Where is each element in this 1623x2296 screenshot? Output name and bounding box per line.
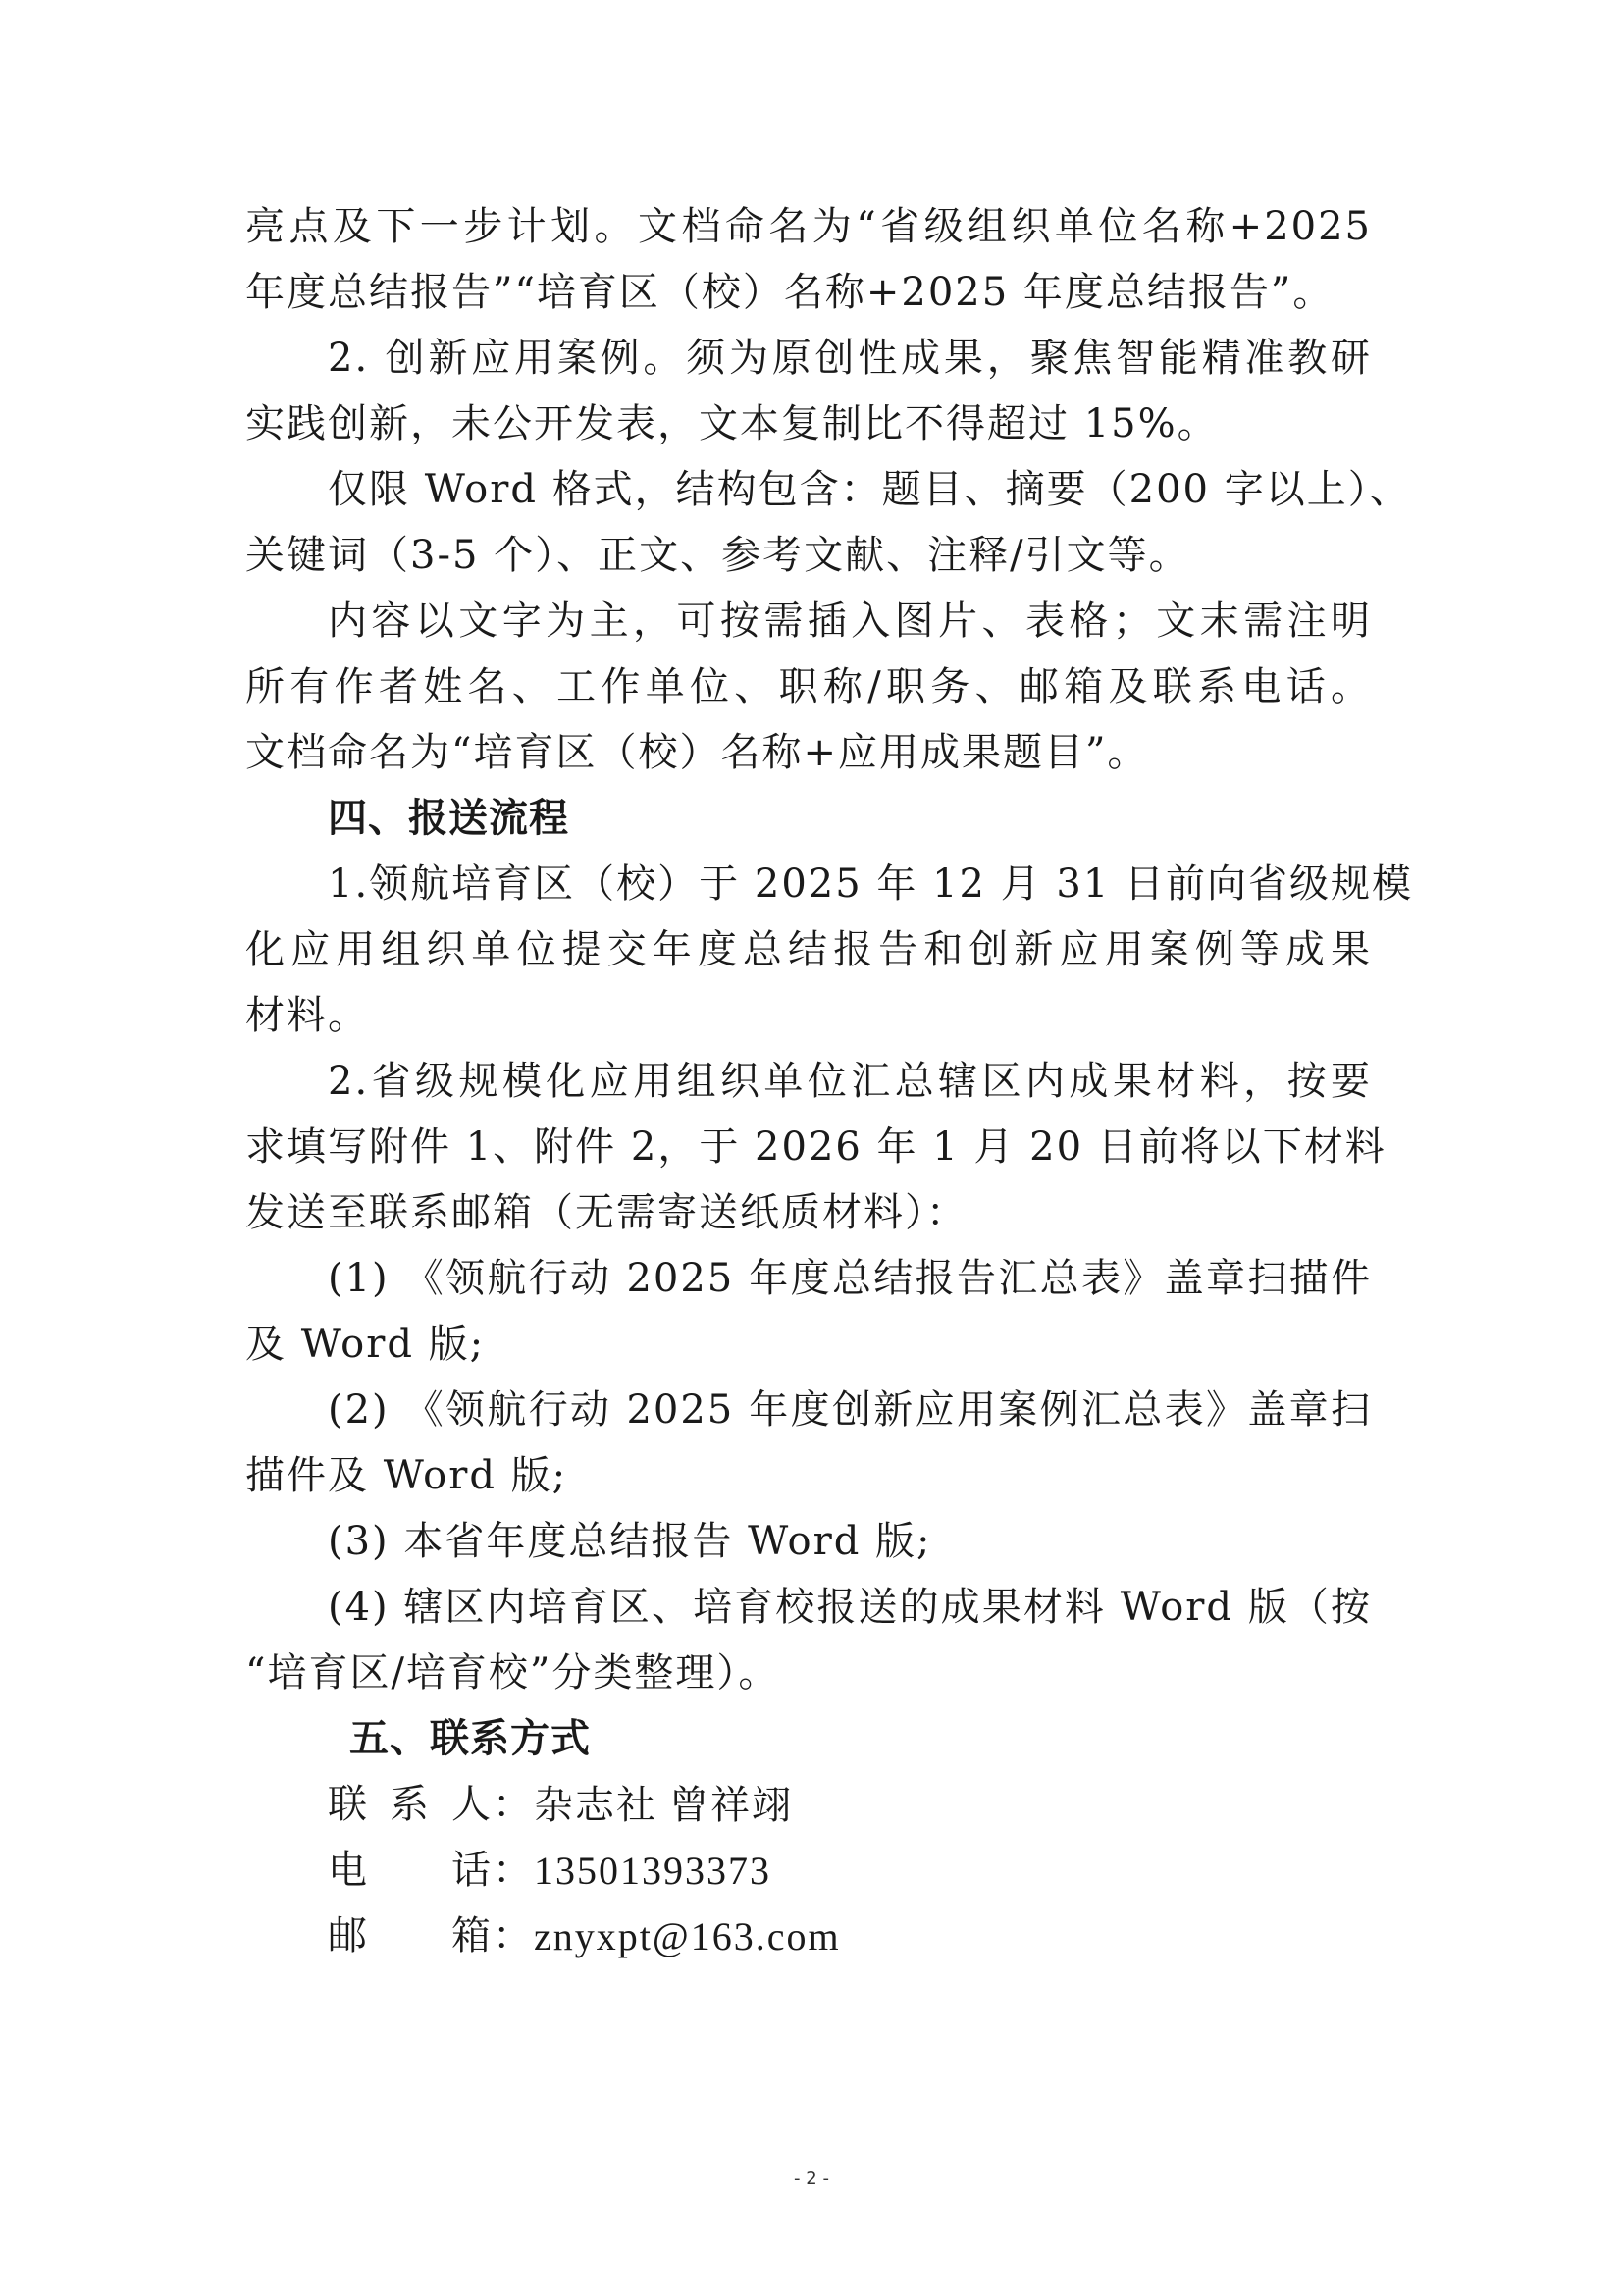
text-line: 实践创新，未公开发表，文本复制比不得超过 15%。 xyxy=(245,391,1372,457)
text-line: 年度总结报告”“培育区（校）名称+2025 年度总结报告”。 xyxy=(245,260,1372,326)
text-line: 化应用组织单位提交年度总结报告和创新应用案例等成果 xyxy=(245,917,1372,983)
text-line: 及 Word 版; xyxy=(245,1312,1372,1378)
colon: ： xyxy=(493,1838,534,1904)
text-line: “培育区/培育校”分类整理）。 xyxy=(245,1641,1372,1706)
phone-value: 13501393373 xyxy=(534,1838,771,1904)
text-line: 内容以文字为主，可按需插入图片、表格；文末需注明 xyxy=(245,589,1372,654)
text-line: 材料。 xyxy=(245,983,1372,1049)
page-number: - 2 - xyxy=(0,2168,1623,2189)
text-line: 2. 创新应用案例。须为原创性成果，聚焦智能精准教研 xyxy=(245,326,1372,391)
text-line: 求填写附件 1、附件 2，于 2026 年 1 月 20 日前将以下材料 xyxy=(245,1115,1372,1180)
contact-person-row: 联系人 ： 杂志社 曾祥翊 xyxy=(245,1772,1372,1838)
text-line: 描件及 Word 版; xyxy=(245,1443,1372,1509)
text-line: 1.领航培育区（校）于 2025 年 12 月 31 日前向省级规模 xyxy=(245,852,1372,917)
section-heading-contact: 五、联系方式 xyxy=(245,1706,1372,1772)
list-item-4: (4) 辖区内培育区、培育校报送的成果材料 Word 版（按 xyxy=(245,1575,1372,1641)
contact-person-label: 联系人 xyxy=(328,1772,493,1838)
document-page: 亮点及下一步计划。文档命名为“省级组织单位名称+2025 年度总结报告”“培育区… xyxy=(0,0,1623,2296)
email-row: 邮 箱 ： znyxpt@163.com xyxy=(245,1904,1372,1969)
text-line: 关键词（3-5 个）、正文、参考文献、注释/引文等。 xyxy=(245,523,1372,589)
section-heading-submission-process: 四、报送流程 xyxy=(245,786,1372,852)
text-line: 亮点及下一步计划。文档命名为“省级组织单位名称+2025 xyxy=(245,194,1372,260)
colon: ： xyxy=(493,1772,534,1838)
contact-person-value: 杂志社 曾祥翊 xyxy=(534,1772,793,1838)
list-item-1: (1) 《领航行动 2025 年度总结报告汇总表》盖章扫描件 xyxy=(245,1246,1372,1312)
email-label: 邮 箱 xyxy=(328,1904,493,1969)
list-item-2: (2) 《领航行动 2025 年度创新应用案例汇总表》盖章扫 xyxy=(245,1378,1372,1443)
text-line: 所有作者姓名、工作单位、职称/职务、邮箱及联系电话。 xyxy=(245,654,1372,720)
text-line: 文档命名为“培育区（校）名称+应用成果题目”。 xyxy=(245,720,1372,786)
document-body: 亮点及下一步计划。文档命名为“省级组织单位名称+2025 年度总结报告”“培育区… xyxy=(245,194,1372,1969)
colon: ： xyxy=(493,1904,534,1969)
phone-label: 电 话 xyxy=(328,1838,493,1904)
list-item-3: (3) 本省年度总结报告 Word 版; xyxy=(245,1509,1372,1575)
phone-row: 电 话 ： 13501393373 xyxy=(245,1838,1372,1904)
text-line: 仅限 Word 格式，结构包含：题目、摘要（200 字以上）、 xyxy=(245,457,1372,523)
text-line: 发送至联系邮箱（无需寄送纸质材料）： xyxy=(245,1180,1372,1246)
email-value: znyxpt@163.com xyxy=(534,1904,841,1969)
text-line: 2.省级规模化应用组织单位汇总辖区内成果材料，按要 xyxy=(245,1049,1372,1115)
